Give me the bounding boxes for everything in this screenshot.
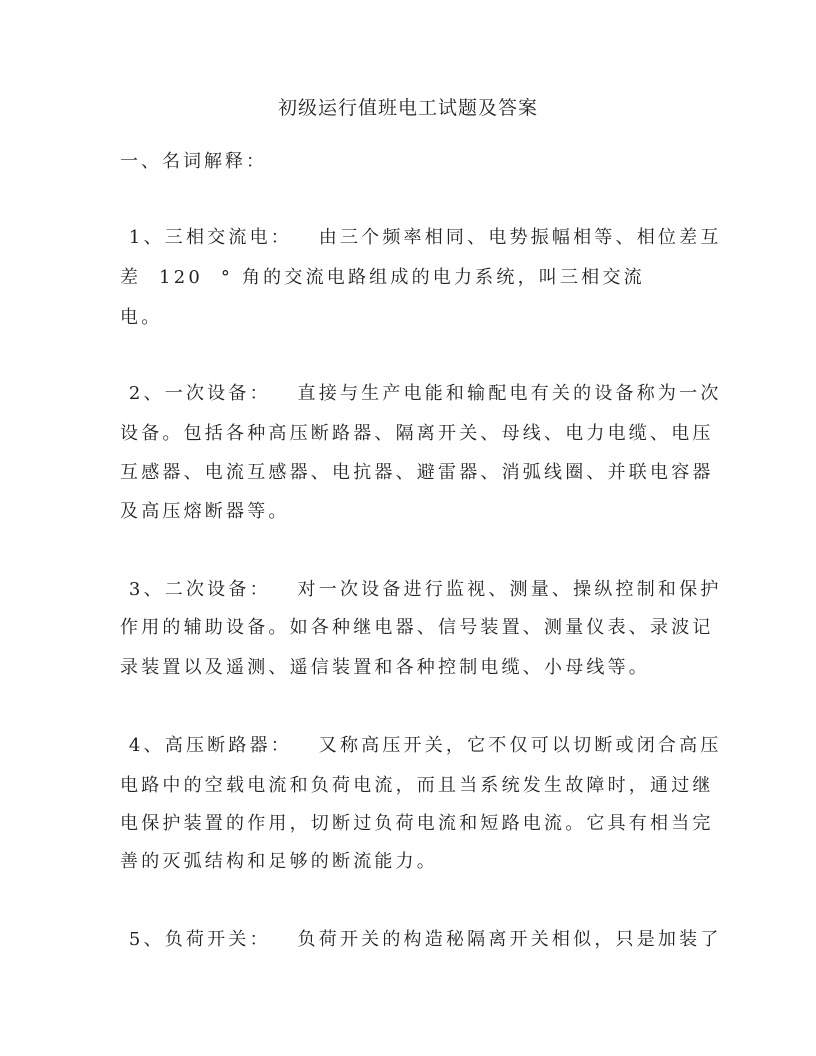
paragraph-line: 电保护装置的作用，切断过负荷电流和短路电流。它具有相当完 — [120, 812, 714, 836]
paragraph-line: 及高压熔断器等。 — [120, 500, 290, 524]
paragraph-line: 4、高压断路器： 又称高压开关，它不仅可以切断或闭合高压 — [120, 734, 722, 758]
paragraph-line: 3、二次设备： 对一次设备进行监视、测量、操纵控制和保护 — [120, 578, 722, 602]
paragraph-line: 互感器、电流互感器、电抗器、避雷器、消弧线圈、并联电容器 — [120, 461, 714, 485]
paragraph-line: 5、负荷开关： 负荷开关的构造秘隔离开关相似，只是加装了 — [120, 928, 722, 952]
paragraph-line: 电。 — [120, 306, 162, 330]
document-title: 初级运行值班电工试题及答案 — [0, 96, 816, 120]
paragraph-line: 电路中的空载电流和负荷电流，而且当系统发生故障时，通过继 — [120, 774, 714, 798]
paragraph-line: 差 120 ° 角的交流电路组成的电力系统，叫三相交流 — [120, 266, 645, 290]
paragraph-line: 1、三相交流电： 由三个频率相同、电势振幅相等、相位差互 — [120, 226, 722, 250]
section-heading: 一、名词解释： — [120, 150, 267, 174]
paragraph-line: 设备。包括各种高压断路器、隔离开关、母线、电力电缆、电压 — [120, 422, 714, 446]
document-page: 初级运行值班电工试题及答案 一、名词解释： 1、三相交流电： 由三个频率相同、电… — [0, 0, 816, 1056]
paragraph-line: 善的灭弧结构和足够的断流能力。 — [120, 850, 438, 874]
paragraph-line: 作用的辅助设备。如各种继电器、信号装置、测量仪表、录波记 — [120, 616, 714, 640]
paragraph-line: 录装置以及遥测、遥信装置和各种控制电缆、小母线等。 — [120, 656, 650, 680]
paragraph-line: 2、一次设备： 直接与生产电能和输配电有关的设备称为一次 — [120, 382, 722, 406]
